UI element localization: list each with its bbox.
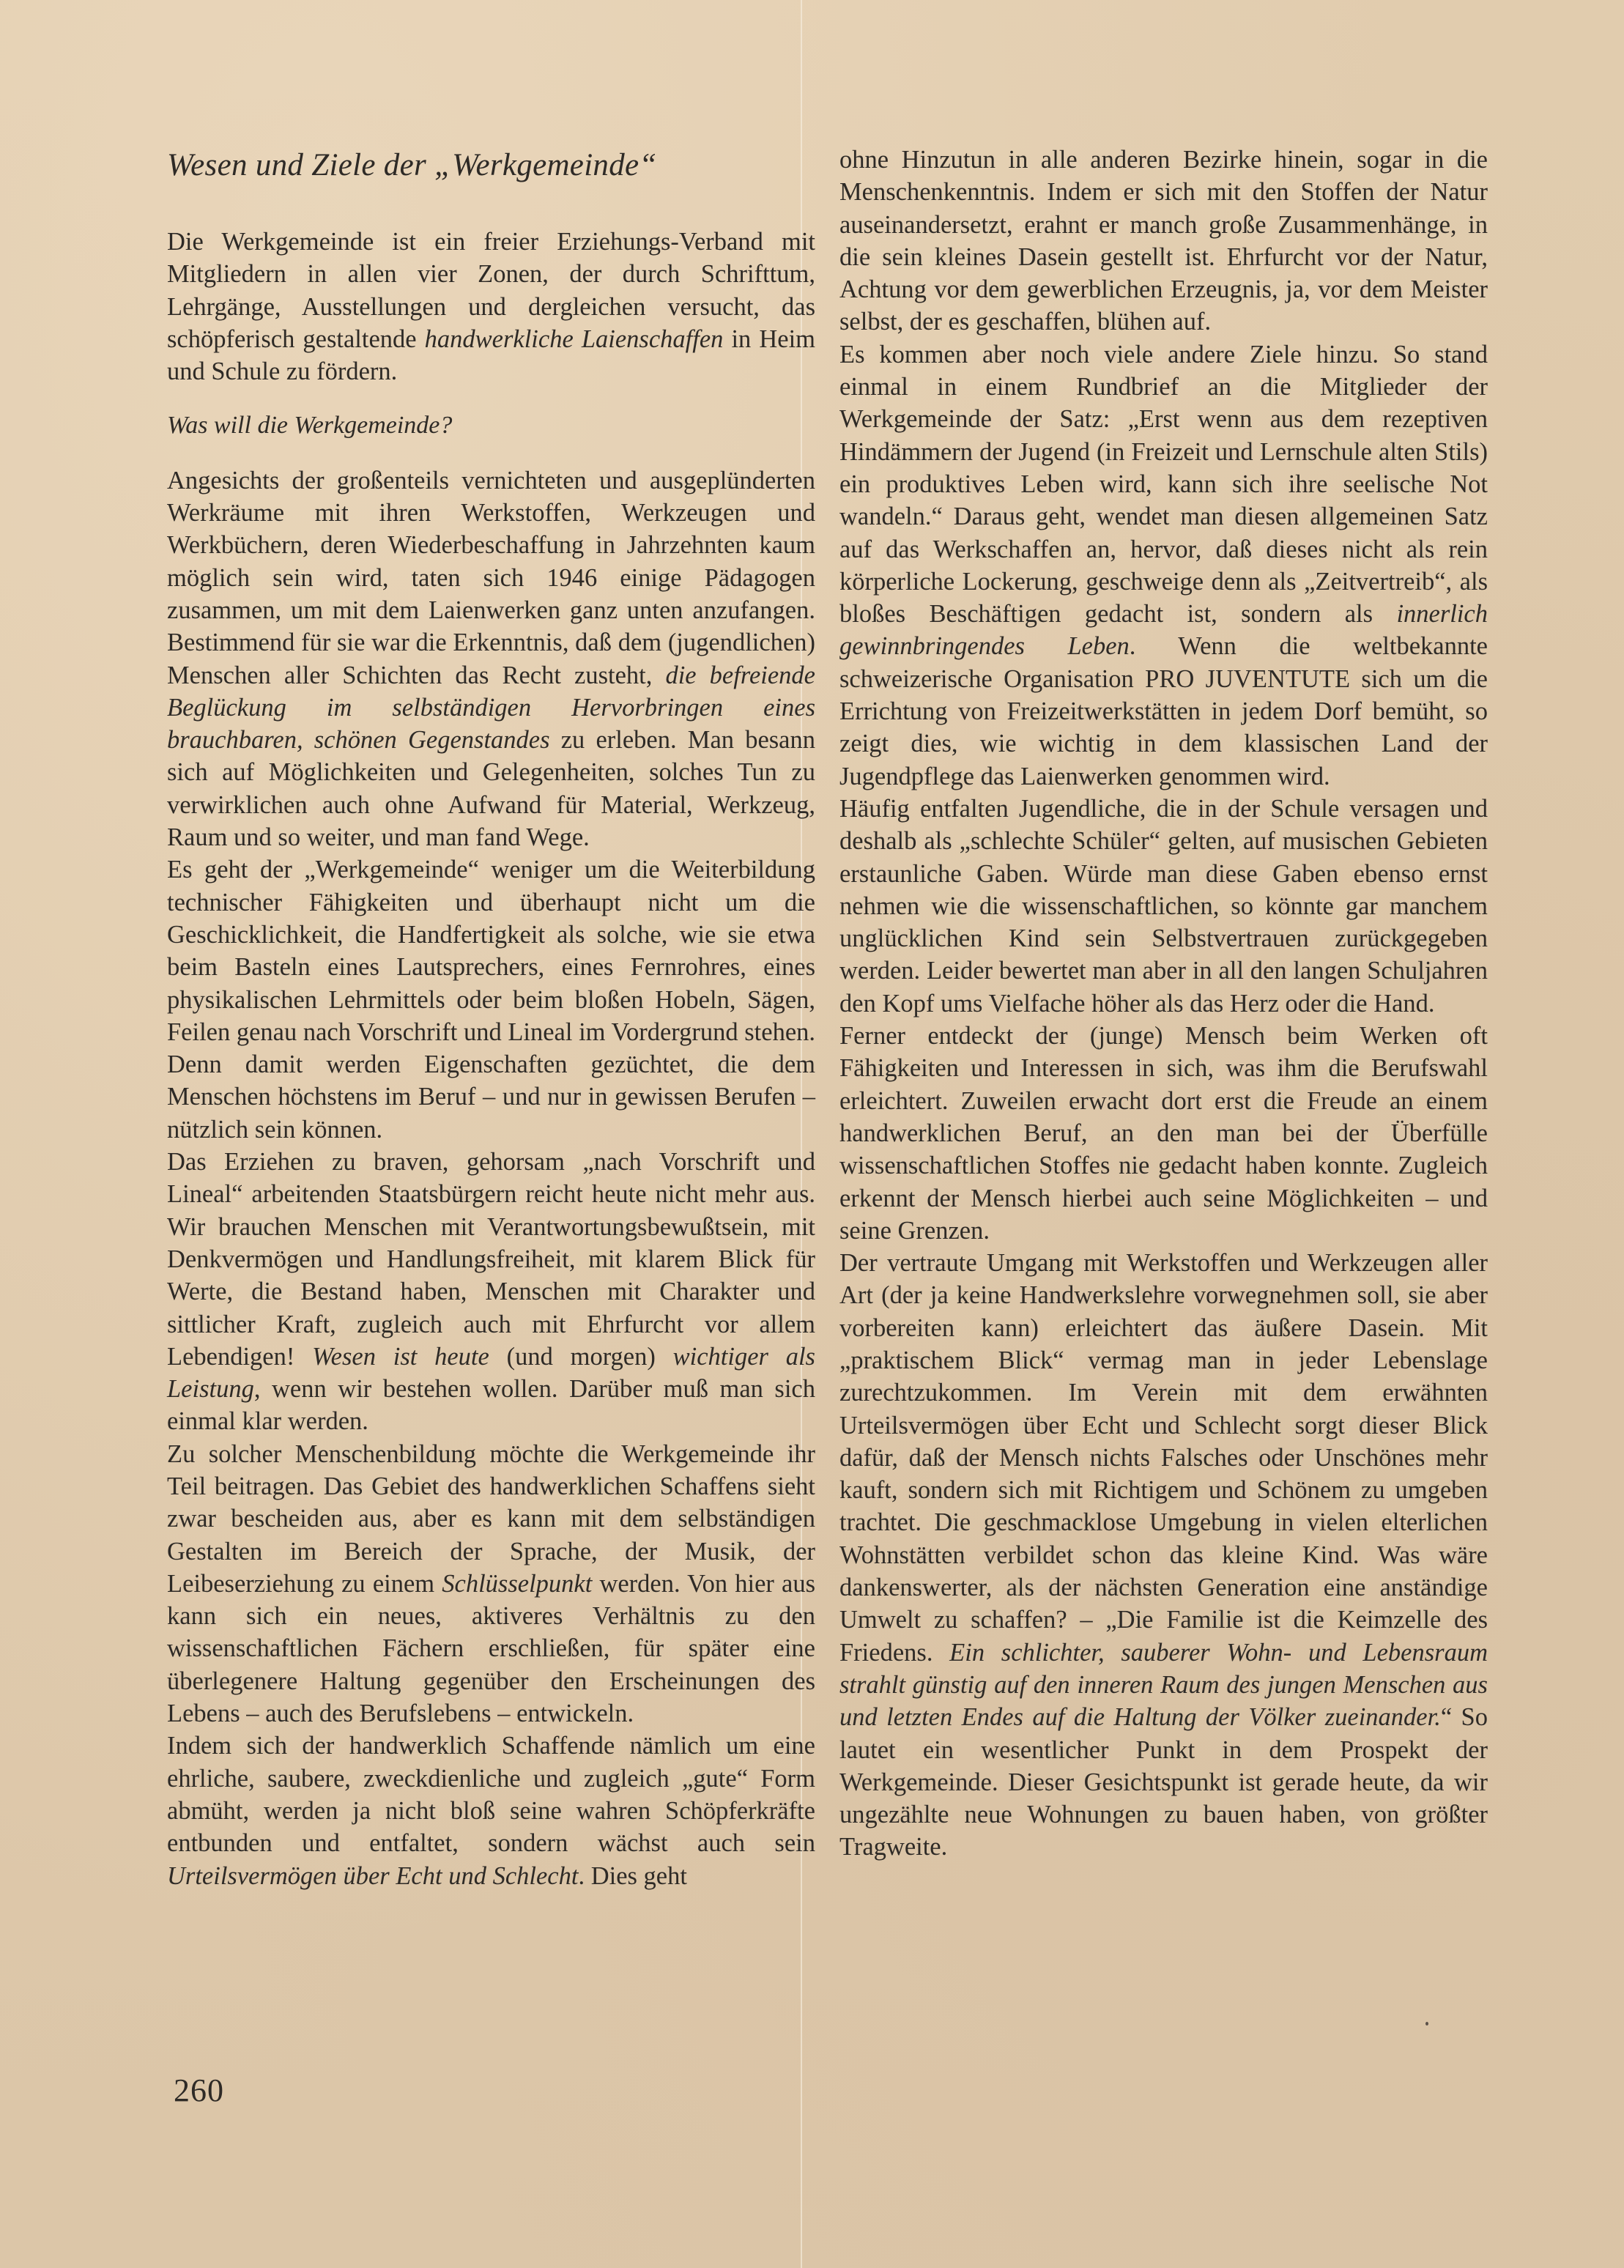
body-paragraph: Häufig entfalten Jugendliche, die in der… — [839, 793, 1488, 1020]
page-number: 260 — [174, 2072, 224, 2109]
left-column: Wesen und Ziele der „Werkgemeinde“ Die W… — [167, 144, 815, 1892]
emphasized-text: Wesen ist heute — [312, 1343, 489, 1371]
emphasized-text: die befreiende Beglückung im selbständig… — [167, 661, 815, 755]
body-paragraph: Das Erziehen zu braven, gehorsam „nach V… — [167, 1146, 815, 1438]
emphasized-text: Urteilsvermögen über Echt und Schlecht — [167, 1862, 578, 1890]
emphasized-text: handwerkliche Laienschaffen — [425, 325, 724, 353]
body-paragraph: Indem sich der handwerklich Schaffende n… — [167, 1730, 815, 1891]
page-title: Wesen und Ziele der „Werkgemeinde“ — [167, 144, 815, 188]
emphasized-text: wichtiger als Leistung — [167, 1343, 815, 1403]
body-paragraph: Angesichts der großenteils vernichteten … — [167, 464, 815, 854]
body-paragraph: Es geht der „Werkgemeinde“ weniger um di… — [167, 853, 815, 1146]
intro-paragraph: Die Werkgemeinde ist ein freier Erziehun… — [167, 226, 815, 388]
body-paragraph: ohne Hinzutun in alle anderen Bezirke hi… — [839, 144, 1488, 338]
subheading: Was will die Werkgemeinde? — [167, 409, 815, 442]
emphasized-text: innerlich gewinnbringendes Leben — [839, 600, 1488, 660]
body-paragraph: Der vertraute Umgang mit Werkstoffen und… — [839, 1247, 1488, 1864]
body-paragraph: Zu solcher Menschenbildung möchte die We… — [167, 1438, 815, 1730]
emphasized-text: Schlüsselpunkt — [442, 1570, 592, 1598]
right-column: ohne Hinzutun in alle anderen Bezirke hi… — [839, 144, 1488, 1864]
paper-speck — [1425, 2022, 1428, 2026]
body-paragraph: Es kommen aber noch viele andere Ziele h… — [839, 338, 1488, 793]
body-paragraph: Ferner entdeckt der (junge) Mensch beim … — [839, 1020, 1488, 1247]
emphasized-text: Ein schlichter, sauberer Wohn- und Leben… — [839, 1639, 1488, 1732]
right-paragraphs: ohne Hinzutun in alle anderen Bezirke hi… — [839, 144, 1488, 1864]
left-paragraphs: Angesichts der großenteils vernichteten … — [167, 464, 815, 1892]
